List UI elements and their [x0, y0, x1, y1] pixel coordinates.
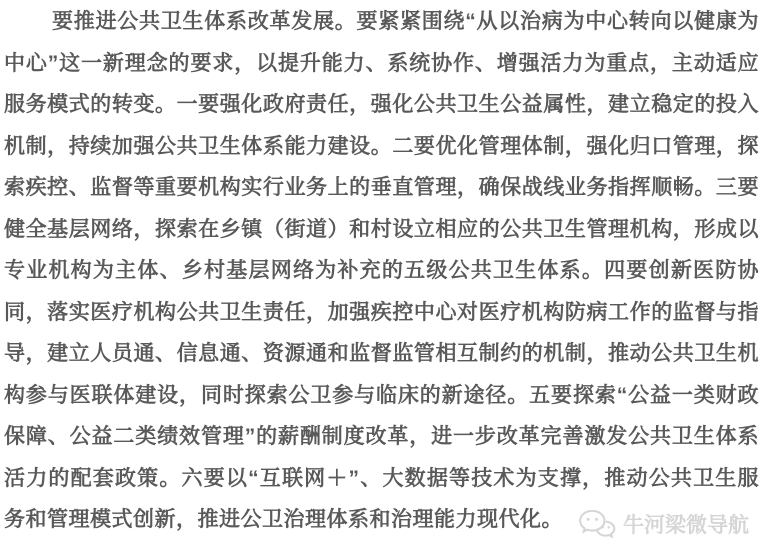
paragraph-line: 专业机构为主体、乡村基层网络为补充的五级公共卫生体系。四要创新医防协: [4, 250, 759, 292]
paragraph-line: 保障、公益二类绩效管理”的薪酬制度改革，进一步改革完善激发公共卫生体系: [4, 416, 759, 458]
paragraph-line: 机制，持续加强公共卫生体系能力建设。二要优化管理体制，强化归口管理，探: [4, 126, 759, 168]
paragraph-line: 导，建立人员通、信息通、资源通和监督监管相互制约的机制，推动公共卫生机: [4, 333, 759, 375]
paragraph-line: 要推进公共卫生体系改革发展。要紧紧围绕“从以治病为中心转向以健康为: [4, 1, 759, 43]
paragraph-line: 健全基层网络，探索在乡镇（街道）和村设立相应的公共卫生管理机构，形成以: [4, 209, 759, 251]
paragraph-line: 服务模式的转变。一要强化政府责任，强化公共卫生公益属性，建立稳定的投入: [4, 84, 759, 126]
watermark-label: 牛河梁微导航: [623, 509, 749, 539]
article-page: 要推进公共卫生体系改革发展。要紧紧围绕“从以治病为中心转向以健康为 中心”这一新…: [0, 0, 763, 547]
article-body: 要推进公共卫生体系改革发展。要紧紧围绕“从以治病为中心转向以健康为 中心”这一新…: [4, 1, 759, 541]
paragraph-line: 活力的配套政策。六要以“互联网＋”、大数据等技术为支撑，推动公共卫生服: [4, 458, 759, 500]
paragraph-line: 中心”这一新理念的要求，以提升能力、系统协作、增强活力为重点，主动适应: [4, 43, 759, 85]
paragraph-line: 同，落实医疗机构公共卫生责任，加强疾控中心对医疗机构防病工作的监督与指: [4, 292, 759, 334]
paragraph-line: 索疾控、监督等重要机构实行业务上的垂直管理，确保战线业务指挥顺畅。三要: [4, 167, 759, 209]
wechat-chat-bubbles-icon: [578, 509, 616, 539]
paragraph-line: 构参与医联体建设，同时探索公卫参与临床的新途径。五要探索“公益一类财政: [4, 375, 759, 417]
watermark: 牛河梁微导航: [578, 509, 749, 539]
